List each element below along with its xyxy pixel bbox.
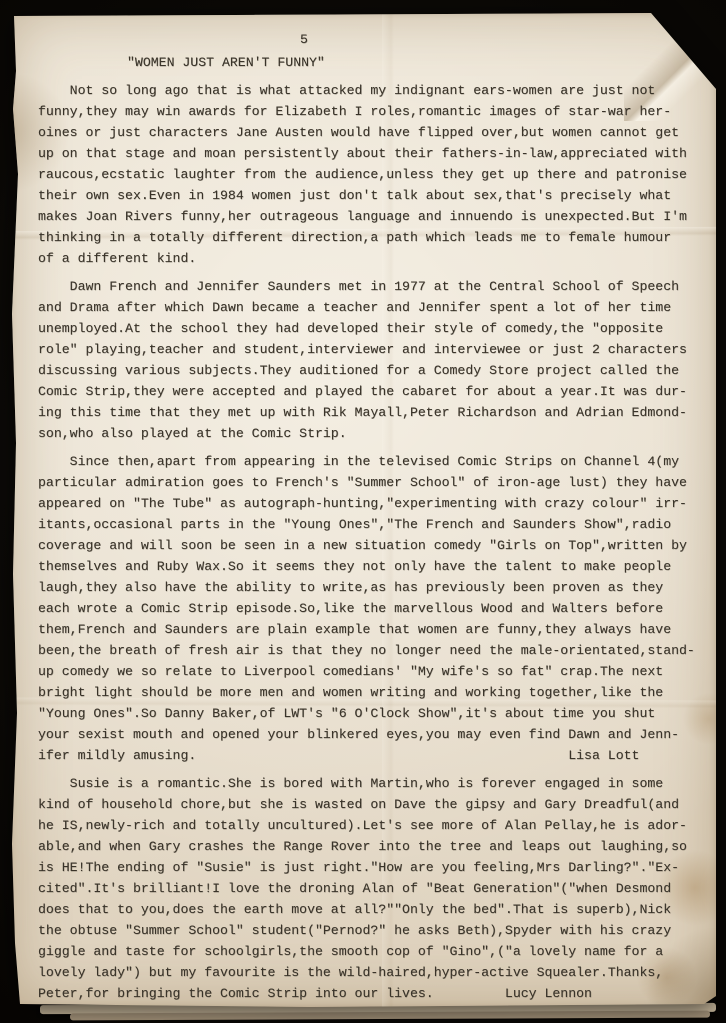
text-line: particular admiration goes to French's "…: [38, 472, 700, 493]
text-line: unemployed.At the school they had develo…: [38, 318, 700, 339]
text-line: giggle and taste for schoolgirls,the smo…: [38, 941, 700, 962]
text-line: up comedy we so relate to Liverpool come…: [38, 661, 700, 682]
text-line: each wrote a Comic Strip episode.So,like…: [38, 598, 700, 619]
text-line: ifer mildly amusing. Lisa Lott: [38, 745, 700, 766]
text-line: and Drama after which Dawn became a teac…: [38, 297, 700, 318]
text-line: coverage and will soon be seen in a new …: [38, 535, 700, 556]
underlying-pages-edge: [70, 1011, 710, 1021]
text-line: Not so long ago that is what attacked my…: [38, 80, 700, 101]
page-number: 5: [38, 29, 700, 50]
text-line: Susie is a romantic.She is bored with Ma…: [38, 773, 700, 794]
text-line: Dawn French and Jennifer Saunders met in…: [38, 276, 700, 297]
text-line: their own sex.Even in 1984 women just do…: [38, 185, 700, 206]
paragraph: Since then,apart from appearing in the t…: [38, 451, 700, 766]
text-line: oines or just characters Jane Austen wou…: [38, 122, 700, 143]
text-line: lovely lady") but my favourite is the wi…: [38, 962, 700, 983]
text-line: raucous,ecstatic laughter from the audie…: [38, 164, 700, 185]
page-title: "WOMEN JUST AREN'T FUNNY": [38, 52, 700, 73]
text-line: is HE!The ending of "Susie" is just righ…: [38, 857, 700, 878]
paragraph: Susie is a romantic.She is bored with Ma…: [38, 773, 700, 1004]
text-line: your sexist mouth and opened your blinke…: [38, 724, 700, 745]
text-line: itants,occasional parts in the "Young On…: [38, 514, 700, 535]
text-line: laugh,they also have the ability to writ…: [38, 577, 700, 598]
text-line: bright light should be more men and wome…: [38, 682, 700, 703]
text-line: thinking in a totally different directio…: [38, 227, 700, 248]
text-line: Since then,apart from appearing in the t…: [38, 451, 700, 472]
text-line: able,and when Gary crashes the Range Rov…: [38, 836, 700, 857]
text-line: he IS,newly-rich and totally uncultured)…: [38, 815, 700, 836]
text-line: "Young Ones".So Danny Baker,of LWT's "6 …: [38, 703, 700, 724]
paragraph: Not so long ago that is what attacked my…: [38, 80, 700, 269]
text-line: son,who also played at the Comic Strip.: [38, 423, 700, 444]
text-line: discussing various subjects.They auditio…: [38, 360, 700, 381]
text-line: up on that stage and moan persistently a…: [38, 143, 700, 164]
text-line: appeared on "The Tube" as autograph-hunt…: [38, 493, 700, 514]
text-line: Comic Strip,they were accepted and playe…: [38, 381, 700, 402]
text-line: funny,they may win awards for Elizabeth …: [38, 101, 700, 122]
text-line: cited".It's brilliant!I love the droning…: [38, 878, 700, 899]
text-line: makes Joan Rivers funny,her outrageous l…: [38, 206, 700, 227]
text-line: the obtuse "Summer School" student("Pern…: [38, 920, 700, 941]
photo-background: 5 "WOMEN JUST AREN'T FUNNY" Not so long …: [0, 0, 726, 1023]
text-line: themselves and Ruby Wax.So it seems they…: [38, 556, 700, 577]
text-line: ing this time that they met up with Rik …: [38, 402, 700, 423]
text-line: kind of household chore,but she is waste…: [38, 794, 700, 815]
typed-content: 5 "WOMEN JUST AREN'T FUNNY" Not so long …: [10, 13, 716, 1007]
text-line: does that to you,does the earth move at …: [38, 899, 700, 920]
paragraph: Dawn French and Jennifer Saunders met in…: [38, 276, 700, 444]
text-line: role" playing,teacher and student,interv…: [38, 339, 700, 360]
document-page-wrap: 5 "WOMEN JUST AREN'T FUNNY" Not so long …: [10, 13, 716, 1007]
text-line: them,French and Saunders are plain examp…: [38, 619, 700, 640]
text-line: been,the breath of fresh air is that the…: [38, 640, 700, 661]
text-line: Peter,for bringing the Comic Strip into …: [38, 983, 700, 1004]
document-page: 5 "WOMEN JUST AREN'T FUNNY" Not so long …: [10, 13, 716, 1007]
body-text: Not so long ago that is what attacked my…: [38, 80, 700, 1004]
text-line: of a different kind.: [38, 248, 700, 269]
